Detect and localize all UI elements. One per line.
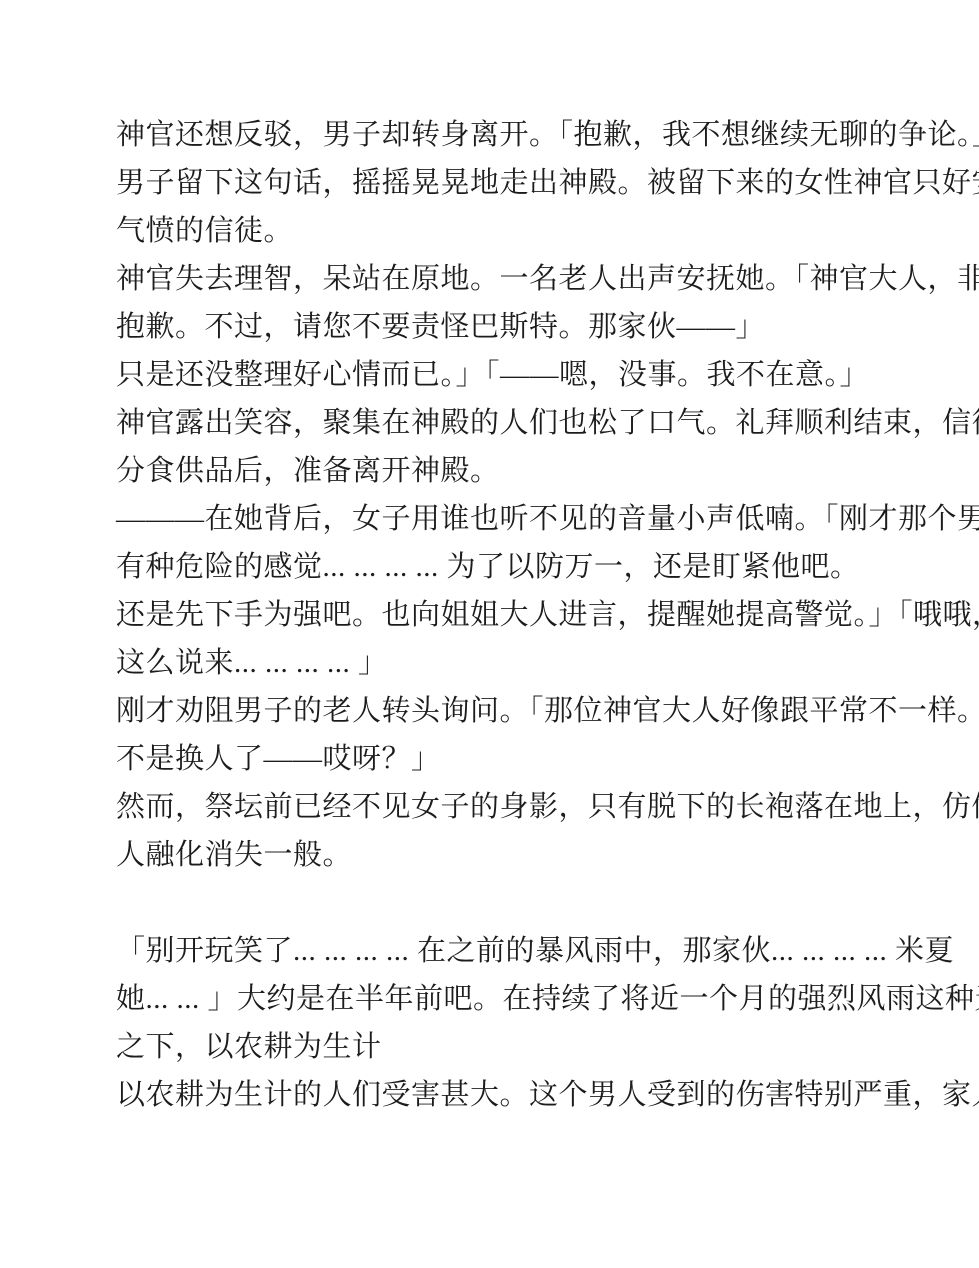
text-line: 分食供品后，准备离开神殿。: [116, 447, 868, 495]
novel-text-content: 神官还想反驳，男子却转身离开。「抱歉，我不想继续无聊的争论。」男子留下这句话，摇…: [116, 111, 868, 1119]
text-line: 只是还没整理好心情而已。」「——嗯，没事。我不在意。」: [116, 351, 868, 399]
text-line: 之下，以农耕为生计: [116, 1023, 868, 1071]
text-line: ———在她背后，女子用谁也听不见的音量小声低喃。「刚才那个男人: [116, 495, 868, 543]
text-line: 人融化消失一般。: [116, 831, 868, 879]
text-line: 不是换人了——哎呀？」: [116, 735, 868, 783]
text-line: 有种危险的感觉... ... ... ... 为了以防万一，还是盯紧他吧。: [116, 543, 868, 591]
text-line: 抱歉。不过，请您不要责怪巴斯特。那家伙——」: [116, 303, 868, 351]
text-line: 然而，祭坛前已经不见女子的身影，只有脱下的长袍落在地上，仿佛主: [116, 783, 868, 831]
text-line: 「别开玩笑了... ... ... ... 在之前的暴风雨中，那家伙... ..…: [116, 927, 868, 975]
text-line: 男子留下这句话，摇摇晃晃地走出神殿。被留下来的女性神官只好安抚: [116, 159, 868, 207]
text-line: 气愤的信徒。: [116, 207, 868, 255]
document-page: 神官还想反驳，男子却转身离开。「抱歉，我不想继续无聊的争论。」男子留下这句话，摇…: [0, 0, 979, 1268]
text-line: 刚才劝阻男子的老人转头询问。「那位神官大人好像跟平常不一样。是: [116, 687, 868, 735]
text-line: 这么说来... ... ... ... 」: [116, 639, 868, 687]
text-line: 以农耕为生计的人们受害甚大。这个男人受到的伤害特别严重，家人和: [116, 1071, 868, 1119]
text-line: 神官还想反驳，男子却转身离开。「抱歉，我不想继续无聊的争论。」: [116, 111, 868, 159]
text-line: 她... ... 」大约是在半年前吧。在持续了将近一个月的强烈风雨这种天灾: [116, 975, 868, 1023]
text-line: 还是先下手为强吧。也向姐姐大人进言，提醒她提高警觉。」「哦哦，: [116, 591, 868, 639]
text-line: 神官露出笑容，聚集在神殿的人们也松了口气。礼拜顺利结束，信徒们: [116, 399, 868, 447]
text-line: 神官失去理智，呆站在原地。一名老人出声安抚她。「神官大人，非常: [116, 255, 868, 303]
blank-line: [116, 879, 868, 927]
